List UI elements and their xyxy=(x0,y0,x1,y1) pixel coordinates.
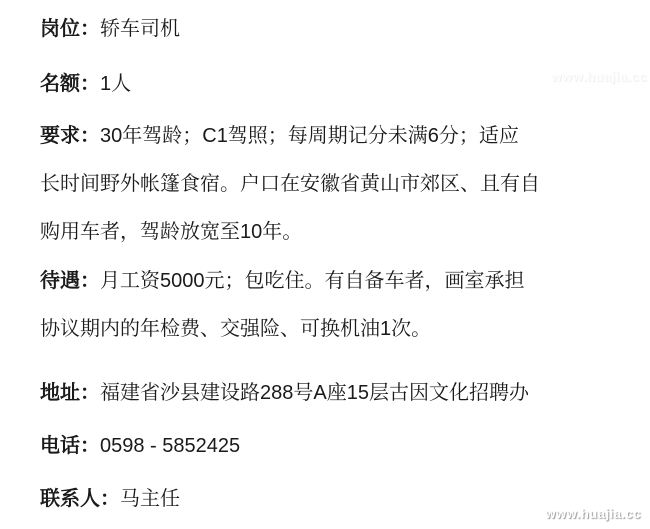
field-address-line: 地址：福建省沙县建设路288号A座15层古因文化招聘办 xyxy=(40,369,624,417)
field-quota-label: 名额： xyxy=(40,73,100,95)
field-compensation-label: 待遇： xyxy=(40,270,100,292)
field-address-value: 福建省沙县建设路288号A座15层古因文化招聘办 xyxy=(100,382,529,404)
field-phone: 电话：0598 - 5852425 xyxy=(40,422,624,470)
field-compensation-value-1: 月工资5000元；包吃住。有自备车者，画室承担 xyxy=(100,270,525,292)
field-contact-value: 马主任 xyxy=(120,488,180,510)
field-quota-value: 1人 xyxy=(100,73,131,95)
field-phone-label: 电话： xyxy=(40,435,100,457)
field-requirements-value-3: 购用车者，驾龄放宽至10年。 xyxy=(40,208,624,256)
field-requirements-label: 要求： xyxy=(40,125,100,147)
field-phone-line: 电话：0598 - 5852425 xyxy=(40,422,624,470)
field-address: 地址：福建省沙县建设路288号A座15层古因文化招聘办 xyxy=(40,369,624,417)
field-contact-label: 联系人： xyxy=(40,488,120,510)
field-position: 岗位：轿车司机 xyxy=(40,5,624,53)
field-requirements: 要求：30年驾龄；C1驾照；每周期记分未满6分；适应 长时间野外帐篷食宿。户口在… xyxy=(40,112,624,256)
field-requirements-value-1: 30年驾龄；C1驾照；每周期记分未满6分；适应 xyxy=(100,125,519,147)
field-compensation-line-1: 待遇：月工资5000元；包吃住。有自备车者，画室承担 xyxy=(40,257,624,305)
field-contact-line: 联系人：马主任 xyxy=(40,475,624,523)
field-position-line: 岗位：轿车司机 xyxy=(40,5,624,53)
field-compensation: 待遇：月工资5000元；包吃住。有自备车者，画室承担 协议期内的年检费、交强险、… xyxy=(40,257,624,353)
field-address-label: 地址： xyxy=(40,382,100,404)
field-requirements-value-2: 长时间野外帐篷食宿。户口在安徽省黄山市郊区、且有自 xyxy=(40,160,624,208)
field-quota-line: 名额：1人 xyxy=(40,60,624,108)
field-compensation-value-2: 协议期内的年检费、交强险、可换机油1次。 xyxy=(40,305,624,353)
field-contact: 联系人：马主任 xyxy=(40,475,624,523)
field-position-value: 轿车司机 xyxy=(100,18,180,40)
field-phone-value: 0598 - 5852425 xyxy=(100,435,240,457)
field-position-label: 岗位： xyxy=(40,18,100,40)
field-requirements-line-1: 要求：30年驾龄；C1驾照；每周期记分未满6分；适应 xyxy=(40,112,624,160)
field-quota: 名额：1人 xyxy=(40,60,624,108)
job-posting-document: www.huajia.cc 岗位：轿车司机 名额：1人 要求：30年驾龄；C1驾… xyxy=(0,0,650,529)
